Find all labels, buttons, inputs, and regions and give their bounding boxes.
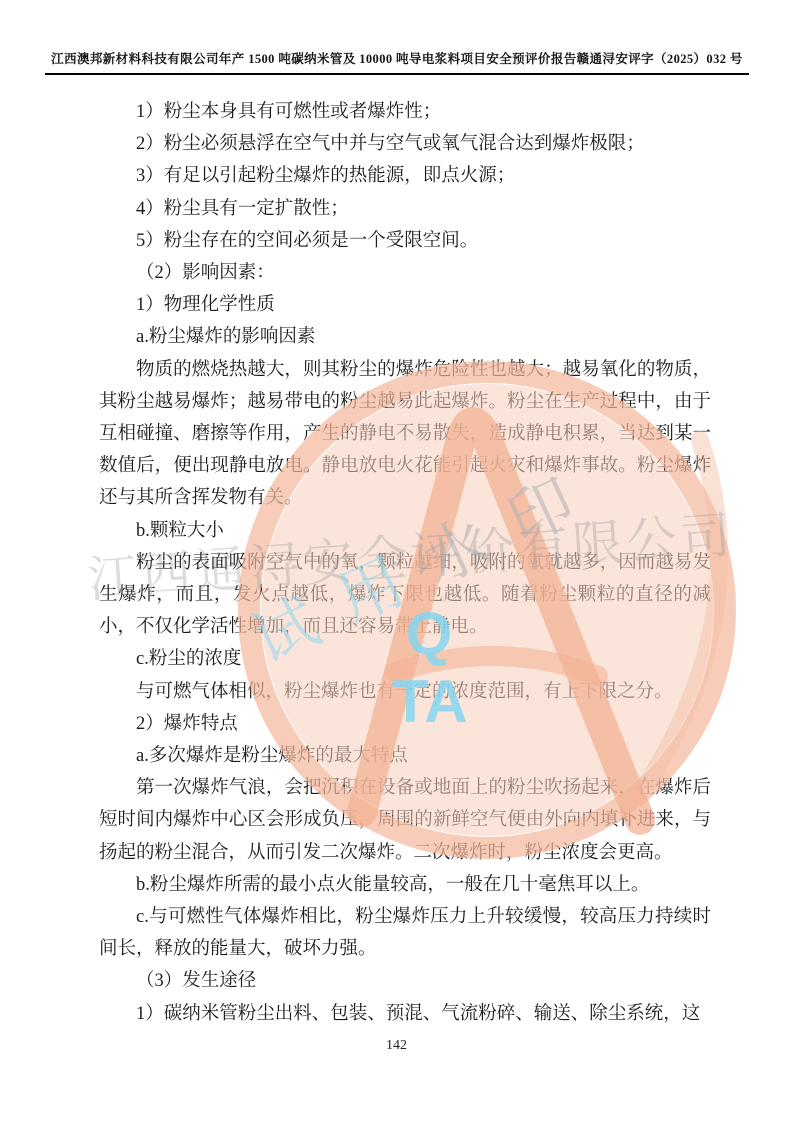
- paragraph: 与可燃气体相似，粉尘爆炸也有一定的浓度范围，有上下限之分。: [99, 676, 711, 708]
- paragraph: 5）粉尘存在的空间必须是一个受限空间。: [99, 225, 711, 257]
- document-body: 1）粉尘本身具有可燃性或者爆炸性； 2）粉尘必须悬浮在空气中并与空气或氧气混合达…: [99, 96, 711, 1030]
- paragraph: b.颗粒大小: [99, 515, 711, 547]
- paragraph: c.与可燃性气体爆炸相比，粉尘爆炸压力上升较缓慢，较高压力持续时间长，释放的能量…: [99, 901, 711, 965]
- paragraph: （3）发生途径: [99, 965, 711, 997]
- paragraph: b.粉尘爆炸所需的最小点火能量较高，一般在几十毫焦耳以上。: [99, 869, 711, 901]
- paragraph: 2）粉尘必须悬浮在空气中并与空气或氧气混合达到爆炸极限；: [99, 128, 711, 160]
- document-page: 江西澳邦新材料科技有限公司年产 1500 吨碳纳米管及 10000 吨导电浆料项…: [0, 0, 793, 1122]
- paragraph: 1）碳纳米管粉尘出料、包装、预混、气流粉碎、输送、除尘系统，这: [99, 998, 711, 1030]
- page-number: 142: [0, 1038, 793, 1054]
- paragraph: 4）粉尘具有一定扩散性；: [99, 193, 711, 225]
- paragraph: 3）有足以引起粉尘爆炸的热能源，即点火源；: [99, 160, 711, 192]
- paragraph: 2）爆炸特点: [99, 708, 711, 740]
- paragraph: 1）物理化学性质: [99, 289, 711, 321]
- paragraph: 1）粉尘本身具有可燃性或者爆炸性；: [99, 96, 711, 128]
- paragraph: c.粉尘的浓度: [99, 643, 711, 675]
- paragraph: a.粉尘爆炸的影响因素: [99, 321, 711, 353]
- page-header-title: 江西澳邦新材料科技有限公司年产 1500 吨碳纳米管及 10000 吨导电浆料项…: [45, 50, 749, 75]
- paragraph: a.多次爆炸是粉尘爆炸的最大特点: [99, 740, 711, 772]
- paragraph: 第一次爆炸气浪，会把沉积在设备或地面上的粉尘吹扬起来，在爆炸后短时间内爆炸中心区…: [99, 772, 711, 869]
- paragraph: （2）影响因素：: [99, 257, 711, 289]
- paragraph: 物质的燃烧热越大，则其粉尘的爆炸危险性也越大；越易氧化的物质，其粉尘越易爆炸；越…: [99, 354, 711, 515]
- paragraph: 粉尘的表面吸附空气中的氧，颗粒越细，吸附的氧就越多，因而越易发生爆炸，而且，发火…: [99, 547, 711, 644]
